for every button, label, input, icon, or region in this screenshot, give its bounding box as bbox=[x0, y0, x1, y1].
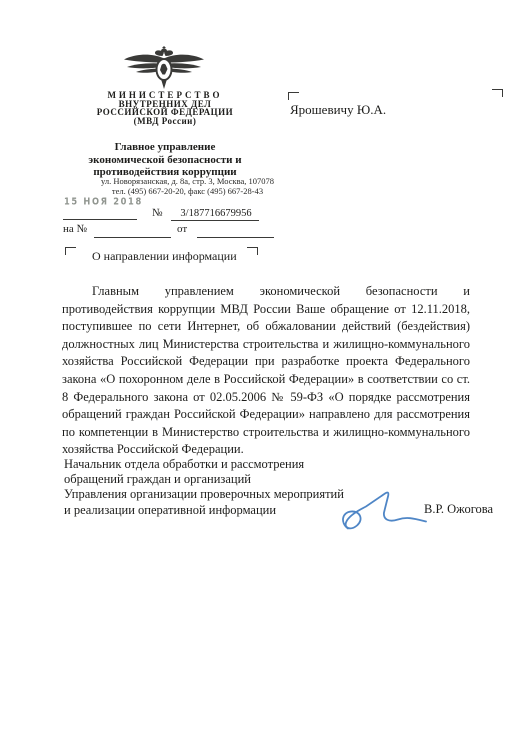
blank-date-line bbox=[63, 218, 137, 220]
signer-position-block: Начальник отдела обработки и рассмотрени… bbox=[64, 457, 374, 518]
ministry-abbrev: (МВД России) bbox=[40, 117, 290, 126]
mvd-eagle-emblem-icon bbox=[123, 46, 205, 90]
address-line: тел. (495) 667-20-20, факс (495) 667-28-… bbox=[65, 187, 310, 197]
handwritten-signature-icon bbox=[338, 487, 433, 545]
blank-reference-date bbox=[197, 236, 274, 238]
body-paragraph: Главным управлением экономической безопа… bbox=[62, 283, 470, 459]
number-sign-label: № bbox=[152, 207, 163, 219]
signer-name: В.Р. Ожогова bbox=[424, 502, 493, 517]
signer-position-line: Управления организации проверочных мероп… bbox=[64, 487, 374, 502]
reference-ot-label: от bbox=[177, 223, 187, 235]
outgoing-number: 3/187716679956 bbox=[173, 208, 259, 219]
date-stamp: 15 НОЯ 2018 bbox=[64, 197, 143, 208]
division-line: Главное управление bbox=[40, 141, 290, 154]
number-underline bbox=[171, 219, 259, 221]
letterhead-address: ул. Новорязанская, д. 8а, стр. 3, Москва… bbox=[65, 177, 310, 196]
signer-position-line: обращений граждан и организаций bbox=[64, 472, 374, 487]
addressee-corner-mark-right-icon bbox=[492, 89, 503, 97]
addressee-corner-mark-left-icon bbox=[288, 92, 299, 100]
blank-reference-number bbox=[94, 236, 171, 238]
subject-corner-mark-left-icon bbox=[65, 247, 76, 255]
subject-corner-mark-right-icon bbox=[247, 247, 258, 255]
reference-na-label: на № bbox=[63, 223, 87, 235]
division-name-block: Главное управление экономической безопас… bbox=[40, 141, 290, 179]
division-line: экономической безопасности и bbox=[40, 154, 290, 167]
scanned-letter-page: МИНИСТЕРСТВО ВНУТРЕННИХ ДЕЛ РОССИЙСКОЙ Ф… bbox=[0, 0, 531, 750]
addressee-name: Ярошевичу Ю.А. bbox=[290, 102, 386, 118]
subject-line: О направлении информации bbox=[92, 249, 237, 264]
signer-position-line: и реализации оперативной информации bbox=[64, 503, 374, 518]
signer-position-line: Начальник отдела обработки и рассмотрени… bbox=[64, 457, 374, 472]
ministry-name-block: МИНИСТЕРСТВО ВНУТРЕННИХ ДЕЛ РОССИЙСКОЙ Ф… bbox=[40, 91, 290, 126]
